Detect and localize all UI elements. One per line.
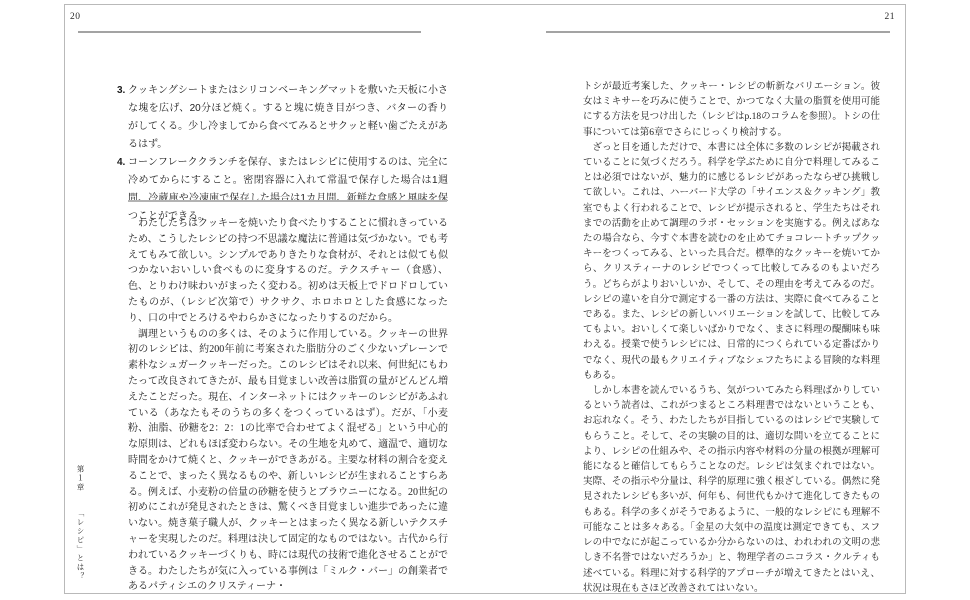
- paragraph: わたしたちはクッキーを焼いたり食べたりすることに慣れきっているため、こうしたレシ…: [128, 216, 448, 327]
- paragraph: ざっと目を通しただけで、本書には全体に多数のレシピが掲載されていることに気づくだ…: [583, 141, 880, 384]
- step-text: クッキングシートまたはシリコンベーキングマットを敷いた天板に小さな塊を広げ、20…: [128, 82, 448, 154]
- page-number-right: 21: [875, 12, 895, 22]
- header-rule-right: [546, 31, 890, 33]
- chapter-title: 「レシピ」とは？: [76, 509, 85, 581]
- book-page-scan: 20 21 3. クッキングシートまたはシリコンベーキングマットを敷いた天板に小…: [0, 0, 970, 600]
- chapter-number: 第１章: [76, 465, 85, 492]
- recipe-step-3: 3. クッキングシートまたはシリコンベーキングマットを敷いた天板に小さな塊を広げ…: [117, 82, 448, 154]
- step-number: 3.: [117, 82, 128, 154]
- paragraph: 調理というものの多くは、そのように作用している。クッキーの世界初のレシピは、約2…: [128, 327, 448, 596]
- section-divider-rule: [128, 200, 447, 202]
- right-page-body: トシが最近考案した、クッキー・レシピの斬新なバリエーション。彼女はミキサーを巧み…: [583, 80, 880, 597]
- chapter-marker: 第１章 「レシピ」とは？: [75, 465, 86, 583]
- book-spread: 20 21 3. クッキングシートまたはシリコンベーキングマットを敷いた天板に小…: [64, 4, 906, 594]
- paragraph: しかし本書を読んでいるうち、気がついてみたら料理ばかりしているという読者は、これ…: [583, 384, 880, 597]
- paragraph: トシが最近考案した、クッキー・レシピの斬新なバリエーション。彼女はミキサーを巧み…: [583, 80, 880, 141]
- header-rule-left: [78, 31, 421, 33]
- step-number: 4.: [117, 154, 128, 226]
- recipe-steps-list: 3. クッキングシートまたはシリコンベーキングマットを敷いた天板に小さな塊を広げ…: [117, 82, 448, 226]
- page-number-left: 20: [70, 12, 81, 22]
- left-page-body: わたしたちはクッキーを焼いたり食べたりすることに慣れきっているため、こうしたレシ…: [128, 216, 448, 595]
